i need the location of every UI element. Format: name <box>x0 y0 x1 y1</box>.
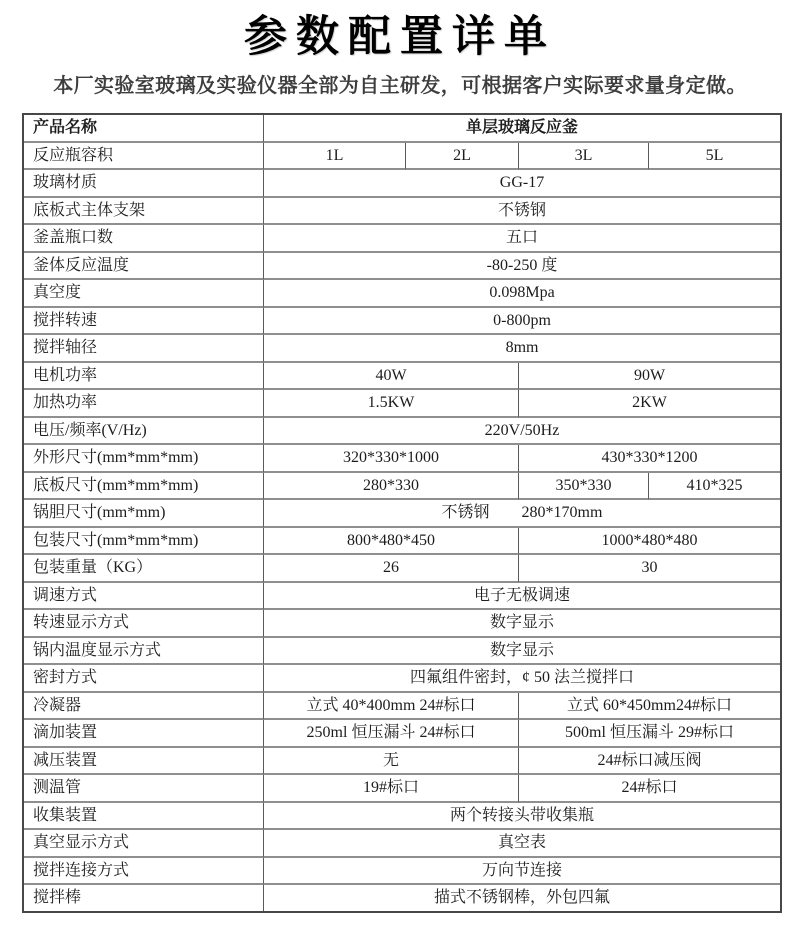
spec-value: 19#标口 <box>264 775 519 803</box>
spec-label: 调速方式 <box>24 583 264 611</box>
spec-value: 数字显示 <box>264 610 780 638</box>
spec-row: 搅拌轴径8mm <box>24 335 780 363</box>
spec-label: 冷凝器 <box>24 693 264 721</box>
spec-table-body: 产品名称单层玻璃反应釜反应瓶容积1L2L3L5L玻璃材质GG-17底板式主体支架… <box>24 115 780 911</box>
spec-row: 外形尺寸(mm*mm*mm)320*330*1000430*330*1200 <box>24 445 780 473</box>
spec-label: 产品名称 <box>24 115 264 143</box>
spec-value: 90W <box>519 363 780 391</box>
spec-label: 电机功率 <box>24 363 264 391</box>
spec-label: 搅拌转速 <box>24 308 264 336</box>
spec-value: 24#标口 <box>519 775 780 803</box>
spec-label: 外形尺寸(mm*mm*mm) <box>24 445 264 473</box>
spec-row: 玻璃材质GG-17 <box>24 170 780 198</box>
spec-value: 立式 60*450mm24#标口 <box>519 693 780 721</box>
spec-row: 真空度0.098Mpa <box>24 280 780 308</box>
spec-row: 底板尺寸(mm*mm*mm)280*330350*330410*325 <box>24 473 780 501</box>
spec-label: 釜盖瓶口数 <box>24 225 264 253</box>
spec-value: 250ml 恒压漏斗 24#标口 <box>264 720 519 748</box>
spec-label: 测温管 <box>24 775 264 803</box>
spec-row: 加热功率1.5KW2KW <box>24 390 780 418</box>
spec-row: 锅内温度显示方式数字显示 <box>24 638 780 666</box>
spec-row: 滴加装置250ml 恒压漏斗 24#标口500ml 恒压漏斗 29#标口 <box>24 720 780 748</box>
spec-row: 收集装置两个转接头带收集瓶 <box>24 803 780 831</box>
spec-label: 电压/频率(V/Hz) <box>24 418 264 446</box>
spec-label: 真空显示方式 <box>24 830 264 858</box>
spec-value: 26 <box>264 555 519 583</box>
spec-row: 调速方式电子无极调速 <box>24 583 780 611</box>
spec-row: 搅拌转速0-800pm <box>24 308 780 336</box>
spec-value: 8mm <box>264 335 780 363</box>
spec-label: 搅拌轴径 <box>24 335 264 363</box>
spec-label: 搅拌棒 <box>24 885 264 911</box>
spec-label: 锅胆尺寸(mm*mm) <box>24 500 264 528</box>
spec-value: 电子无极调速 <box>264 583 780 611</box>
spec-label: 底板式主体支架 <box>24 198 264 226</box>
spec-value: 1.5KW <box>264 390 519 418</box>
spec-value: 0-800pm <box>264 308 780 336</box>
spec-label: 转速显示方式 <box>24 610 264 638</box>
spec-label: 收集装置 <box>24 803 264 831</box>
spec-row: 测温管19#标口24#标口 <box>24 775 780 803</box>
spec-label: 釜体反应温度 <box>24 253 264 281</box>
spec-value: 两个转接头带收集瓶 <box>264 803 780 831</box>
spec-row: 电机功率40W90W <box>24 363 780 391</box>
spec-value: 立式 40*400mm 24#标口 <box>264 693 519 721</box>
spec-value: 描式不锈钢棒，外包四氟 <box>264 885 780 911</box>
spec-value: 四氟组件密封，¢ 50 法兰搅拌口 <box>264 665 780 693</box>
spec-row: 冷凝器立式 40*400mm 24#标口立式 60*450mm24#标口 <box>24 693 780 721</box>
spec-row: 搅拌连接方式万向节连接 <box>24 858 780 886</box>
spec-value: GG-17 <box>264 170 780 198</box>
spec-value: 350*330 <box>519 473 649 501</box>
spec-value: 30 <box>519 555 780 583</box>
spec-value: 40W <box>264 363 519 391</box>
spec-label: 滴加装置 <box>24 720 264 748</box>
spec-value: 1000*480*480 <box>519 528 780 556</box>
spec-value: 800*480*450 <box>264 528 519 556</box>
spec-label: 减压装置 <box>24 748 264 776</box>
spec-value: 280*330 <box>264 473 519 501</box>
spec-value: 单层玻璃反应釜 <box>264 115 780 143</box>
spec-row: 底板式主体支架不锈钢 <box>24 198 780 226</box>
spec-row: 釜盖瓶口数五口 <box>24 225 780 253</box>
spec-label: 包装重量（KG） <box>24 555 264 583</box>
spec-value: 410*325 <box>649 473 780 501</box>
spec-label: 底板尺寸(mm*mm*mm) <box>24 473 264 501</box>
spec-row: 锅胆尺寸(mm*mm)不锈钢 280*170mm <box>24 500 780 528</box>
spec-value: 五口 <box>264 225 780 253</box>
spec-value: 不锈钢 <box>264 198 780 226</box>
spec-label: 包装尺寸(mm*mm*mm) <box>24 528 264 556</box>
spec-label: 密封方式 <box>24 665 264 693</box>
spec-row: 产品名称单层玻璃反应釜 <box>24 115 780 143</box>
page-subtitle: 本厂实验室玻璃及实验仪器全部为自主研发，可根据客户实际要求量身定做。 <box>0 74 800 98</box>
spec-value: 万向节连接 <box>264 858 780 886</box>
spec-value: 2KW <box>519 390 780 418</box>
spec-value: 220V/50Hz <box>264 418 780 446</box>
spec-value: 5L <box>649 143 780 171</box>
spec-row: 包装尺寸(mm*mm*mm)800*480*4501000*480*480 <box>24 528 780 556</box>
spec-label: 锅内温度显示方式 <box>24 638 264 666</box>
spec-value: 24#标口减压阀 <box>519 748 780 776</box>
spec-table: 产品名称单层玻璃反应釜反应瓶容积1L2L3L5L玻璃材质GG-17底板式主体支架… <box>22 113 782 913</box>
spec-label: 搅拌连接方式 <box>24 858 264 886</box>
spec-sheet-page: 参数配置详单 本厂实验室玻璃及实验仪器全部为自主研发，可根据客户实际要求量身定做… <box>0 0 800 948</box>
spec-row: 搅拌棒描式不锈钢棒，外包四氟 <box>24 885 780 911</box>
spec-value: -80-250 度 <box>264 253 780 281</box>
spec-label: 加热功率 <box>24 390 264 418</box>
spec-row: 转速显示方式数字显示 <box>24 610 780 638</box>
spec-value: 真空表 <box>264 830 780 858</box>
spec-label: 玻璃材质 <box>24 170 264 198</box>
spec-row: 反应瓶容积1L2L3L5L <box>24 143 780 171</box>
spec-value: 430*330*1200 <box>519 445 780 473</box>
spec-value: 数字显示 <box>264 638 780 666</box>
spec-value: 0.098Mpa <box>264 280 780 308</box>
spec-value: 3L <box>519 143 649 171</box>
spec-row: 密封方式四氟组件密封，¢ 50 法兰搅拌口 <box>24 665 780 693</box>
spec-label: 反应瓶容积 <box>24 143 264 171</box>
spec-value: 500ml 恒压漏斗 29#标口 <box>519 720 780 748</box>
spec-row: 真空显示方式真空表 <box>24 830 780 858</box>
spec-value: 不锈钢 280*170mm <box>264 500 780 528</box>
spec-row: 包装重量（KG）2630 <box>24 555 780 583</box>
spec-value: 无 <box>264 748 519 776</box>
spec-value: 1L <box>264 143 406 171</box>
spec-value: 320*330*1000 <box>264 445 519 473</box>
spec-row: 减压装置无24#标口减压阀 <box>24 748 780 776</box>
spec-row: 电压/频率(V/Hz)220V/50Hz <box>24 418 780 446</box>
spec-value: 2L <box>406 143 519 171</box>
spec-row: 釜体反应温度-80-250 度 <box>24 253 780 281</box>
spec-label: 真空度 <box>24 280 264 308</box>
page-title: 参数配置详单 <box>0 0 800 62</box>
